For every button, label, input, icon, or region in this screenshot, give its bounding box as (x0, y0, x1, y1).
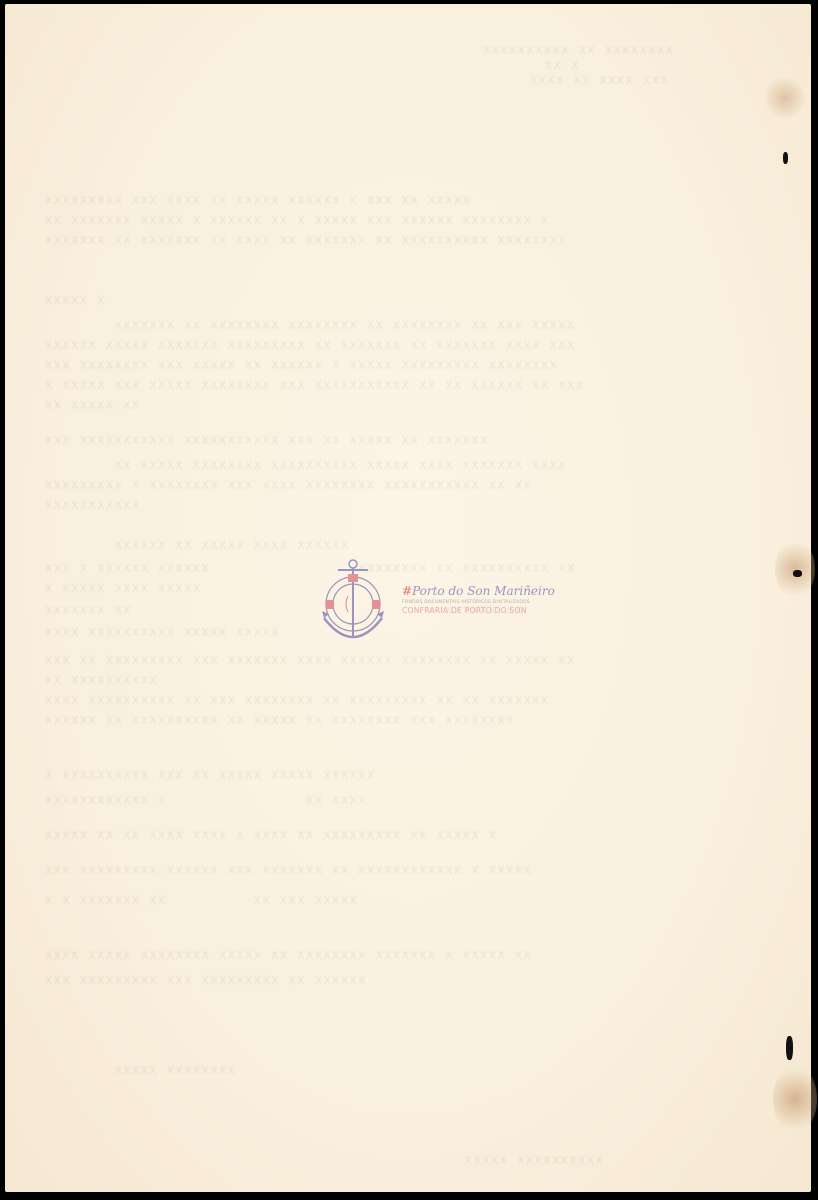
anchor-lifebuoy-icon (318, 556, 388, 652)
document-page: XXXXXXXXXX XX XXXXXXXX XX X XXXX XX XXXX… (5, 4, 811, 1192)
watermark-subtitle: FONDOS DOCUMENTAIS HISTÓRICOS DIXITALIZA… (402, 600, 555, 605)
watermark-logo: #Porto do Son Mariñeiro FONDOS DOCUMENTA… (318, 556, 518, 652)
watermark-brand: #Porto do Son Mariñeiro (402, 584, 555, 598)
bleed-through-text: XXXXXXXXXX XX XXXXXXXX (483, 44, 811, 58)
watermark-text: #Porto do Son Mariñeiro FONDOS DOCUMENTA… (402, 584, 555, 615)
watermark-organization: CONFRARÍA DE PORTO DO SON (402, 606, 555, 615)
hole-top-right (783, 152, 788, 164)
hole-bottom-right (786, 1036, 793, 1060)
